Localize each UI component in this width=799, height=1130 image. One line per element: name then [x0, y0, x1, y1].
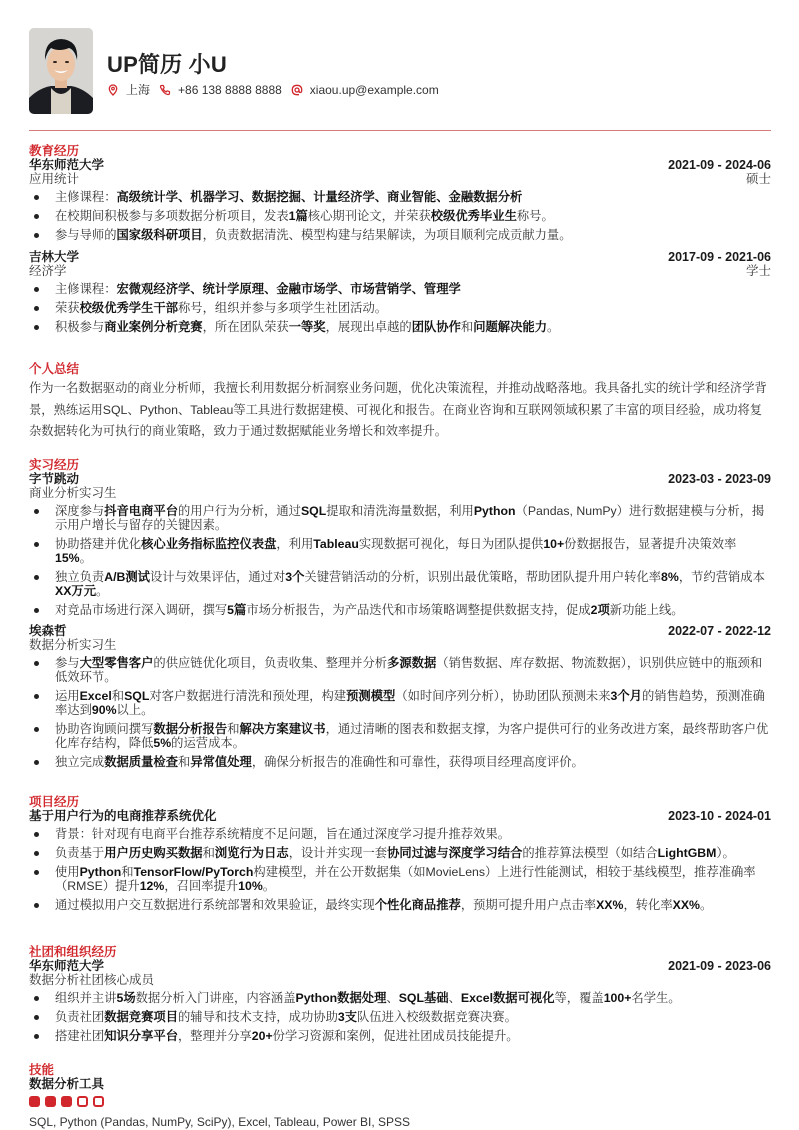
job-title: 商业分析实习生 [29, 486, 771, 500]
bullet-item: 独立负责A/B测试设计与效果评估，通过对3个关键营销活动的分析，识别出最优策略，… [29, 570, 771, 598]
major: 经济学 [29, 264, 771, 278]
date-range: 2021-09 - 2024-06 [668, 158, 771, 172]
school-name: 吉林大学 [29, 250, 771, 264]
contact-row: 上海 +86 138 8888 8888 xiaou.up@example.co… [107, 81, 448, 98]
date-range: 2023-03 - 2023-09 [668, 472, 771, 486]
company-name: 埃森哲 [29, 624, 771, 638]
section-summary: 个人总结 作为一名数据驱动的商业分析师，我擅长利用数据分析洞察业务问题，优化决策… [29, 362, 771, 443]
bullet-item: 荣获校级优秀学生干部称号，组织并参与多项学生社团活动。 [29, 301, 771, 315]
section-skills: 技能 数据分析工具 SQL, Python (Pandas, NumPy, Sc… [29, 1063, 771, 1129]
rating-dot-filled [29, 1096, 40, 1107]
bullet-item: 参与大型零售客户的供应链优化项目，负责收集、整理并分析多源数据（销售数据、库存数… [29, 656, 771, 684]
header-divider [29, 130, 771, 131]
contact-location: 上海 [107, 81, 150, 98]
skill-name: 数据分析工具 [29, 1077, 771, 1091]
section-title: 实习经历 [29, 458, 771, 472]
skill-level-rating [29, 1096, 771, 1107]
date-range: 2023-10 - 2024-01 [668, 809, 771, 823]
contact-phone: +86 138 8888 8888 [159, 83, 282, 97]
phone-icon [159, 84, 171, 96]
project-entry: 基于用户行为的电商推荐系统优化 2023-10 - 2024-01 背景：针对现… [29, 809, 771, 912]
rating-dot-empty [77, 1096, 88, 1107]
major: 应用统计 [29, 172, 771, 186]
internship-entry: 字节跳动 2023-03 - 2023-09 商业分析实习生 深度参与抖音电商平… [29, 472, 771, 617]
profile-photo [29, 28, 93, 114]
bullet-item: 协助搭建并优化核心业务指标监控仪表盘，利用Tableau实现数据可视化，每日为团… [29, 537, 771, 565]
section-projects: 项目经历 基于用户行为的电商推荐系统优化 2023-10 - 2024-01 背… [29, 795, 771, 917]
bullet-item: 通过模拟用户交互数据进行系统部署和效果验证，最终实现个性化商品推荐，预期可提升用… [29, 898, 771, 912]
job-title: 数据分析实习生 [29, 638, 771, 652]
section-title: 个人总结 [29, 362, 771, 376]
education-entry: 吉林大学 2017-09 - 2021-06 经济学 学士 主修课程：宏微观经济… [29, 250, 771, 334]
date-range: 2017-09 - 2021-06 [668, 250, 771, 264]
bullet-item: 深度参与抖音电商平台的用户行为分析，通过SQL提取和清洗海量数据，利用Pytho… [29, 504, 771, 532]
bullet-list: 主修课程：高级统计学、机器学习、数据挖掘、计量经济学、商业智能、金融数据分析在校… [29, 190, 771, 242]
project-name: 基于用户行为的电商推荐系统优化 [29, 809, 771, 823]
bullet-item: 主修课程：高级统计学、机器学习、数据挖掘、计量经济学、商业智能、金融数据分析 [29, 190, 771, 204]
section-title: 项目经历 [29, 795, 771, 809]
bullet-item: 使用Python和TensorFlow/PyTorch构建模型，并在公开数据集（… [29, 865, 771, 893]
bullet-item: 对竞品市场进行深入调研，撰写5篇市场分析报告，为产品迭代和市场策略调整提供数据支… [29, 603, 771, 617]
rating-dot-filled [61, 1096, 72, 1107]
club-entry: 华东师范大学 2021-09 - 2023-06 数据分析社团核心成员 组织并主… [29, 959, 771, 1043]
section-internship: 实习经历 字节跳动 2023-03 - 2023-09 商业分析实习生 深度参与… [29, 458, 771, 774]
bullet-item: 搭建社团知识分享平台，整理并分享20+份学习资源和案例，促进社团成员技能提升。 [29, 1029, 771, 1043]
bullet-item: 积极参与商业案例分析竞赛，所在团队荣获一等奖，展现出卓越的团队协作和问题解决能力… [29, 320, 771, 334]
email-text[interactable]: xiaou.up@example.com [310, 83, 439, 97]
internship-entry: 埃森哲 2022-07 - 2022-12 数据分析实习生 参与大型零售客户的供… [29, 624, 771, 769]
degree: 硕士 [746, 172, 771, 186]
bullet-item: 组织并主讲5场数据分析入门讲座，内容涵盖Python数据处理、SQL基础、Exc… [29, 991, 771, 1005]
education-entry: 华东师范大学 2021-09 - 2024-06 应用统计 硕士 主修课程：高级… [29, 158, 771, 242]
degree: 学士 [746, 264, 771, 278]
skill-tools-list: SQL, Python (Pandas, NumPy, SciPy), Exce… [29, 1115, 771, 1129]
bullet-item: 独立完成数据质量检查和异常值处理，确保分析报告的准确性和可靠性，获得项目经理高度… [29, 755, 771, 769]
bullet-item: 运用Excel和SQL对客户数据进行清洗和预处理，构建预测模型（如时间序列分析）… [29, 689, 771, 717]
bullet-item: 负责基于用户历史购买数据和浏览行为日志，设计并实现一套协同过滤与深度学习结合的推… [29, 846, 771, 860]
company-name: 字节跳动 [29, 472, 771, 486]
contact-email: xiaou.up@example.com [291, 83, 439, 97]
candidate-name: UP简历 小U [107, 48, 227, 79]
at-sign-icon [291, 84, 303, 96]
bullet-item: 背景：针对现有电商平台推荐系统精度不足问题，旨在通过深度学习提升推荐效果。 [29, 827, 771, 841]
section-education: 教育经历 华东师范大学 2021-09 - 2024-06 应用统计 硕士 主修… [29, 144, 771, 339]
date-range: 2021-09 - 2023-06 [668, 959, 771, 973]
section-title: 技能 [29, 1063, 771, 1077]
bullet-list: 主修课程：宏微观经济学、统计学原理、金融市场学、市场营销学、管理学荣获校级优秀学… [29, 282, 771, 334]
section-title: 教育经历 [29, 144, 771, 158]
bullet-item: 主修课程：宏微观经济学、统计学原理、金融市场学、市场营销学、管理学 [29, 282, 771, 296]
location-text: 上海 [126, 81, 150, 98]
bullet-list: 组织并主讲5场数据分析入门讲座，内容涵盖Python数据处理、SQL基础、Exc… [29, 991, 771, 1043]
rating-dot-empty [93, 1096, 104, 1107]
organization-name: 华东师范大学 [29, 959, 771, 973]
section-clubs: 社团和组织经历 华东师范大学 2021-09 - 2023-06 数据分析社团核… [29, 945, 771, 1048]
bullet-item: 在校期间积极参与多项数据分析项目，发表1篇核心期刊论文，并荣获校级优秀毕业生称号… [29, 209, 771, 223]
section-title: 社团和组织经历 [29, 945, 771, 959]
school-name: 华东师范大学 [29, 158, 771, 172]
bullet-item: 负责社团数据竞赛项目的辅导和技术支持，成功协助3支队伍进入校级数据竞赛决赛。 [29, 1010, 771, 1024]
rating-dot-filled [45, 1096, 56, 1107]
bullet-list: 背景：针对现有电商平台推荐系统精度不足问题，旨在通过深度学习提升推荐效果。负责基… [29, 827, 771, 912]
map-pin-icon [107, 84, 119, 96]
date-range: 2022-07 - 2022-12 [668, 624, 771, 638]
club-role: 数据分析社团核心成员 [29, 973, 771, 987]
bullet-item: 参与导师的国家级科研项目，负责数据清洗、模型构建与结果解读，为项目顺利完成贡献力… [29, 228, 771, 242]
resume-header: UP简历 小U 上海 +86 138 8888 8888 xiaou.up@ex… [29, 28, 771, 114]
phone-text[interactable]: +86 138 8888 8888 [178, 83, 282, 97]
bullet-list: 参与大型零售客户的供应链优化项目，负责收集、整理并分析多源数据（销售数据、库存数… [29, 656, 771, 769]
bullet-item: 协助咨询顾问撰写数据分析报告和解决方案建议书，通过清晰的图表和数据支撑，为客户提… [29, 722, 771, 750]
bullet-list: 深度参与抖音电商平台的用户行为分析，通过SQL提取和清洗海量数据，利用Pytho… [29, 504, 771, 617]
summary-text: 作为一名数据驱动的商业分析师，我擅长利用数据分析洞察业务问题，优化决策流程，并推… [29, 378, 771, 443]
